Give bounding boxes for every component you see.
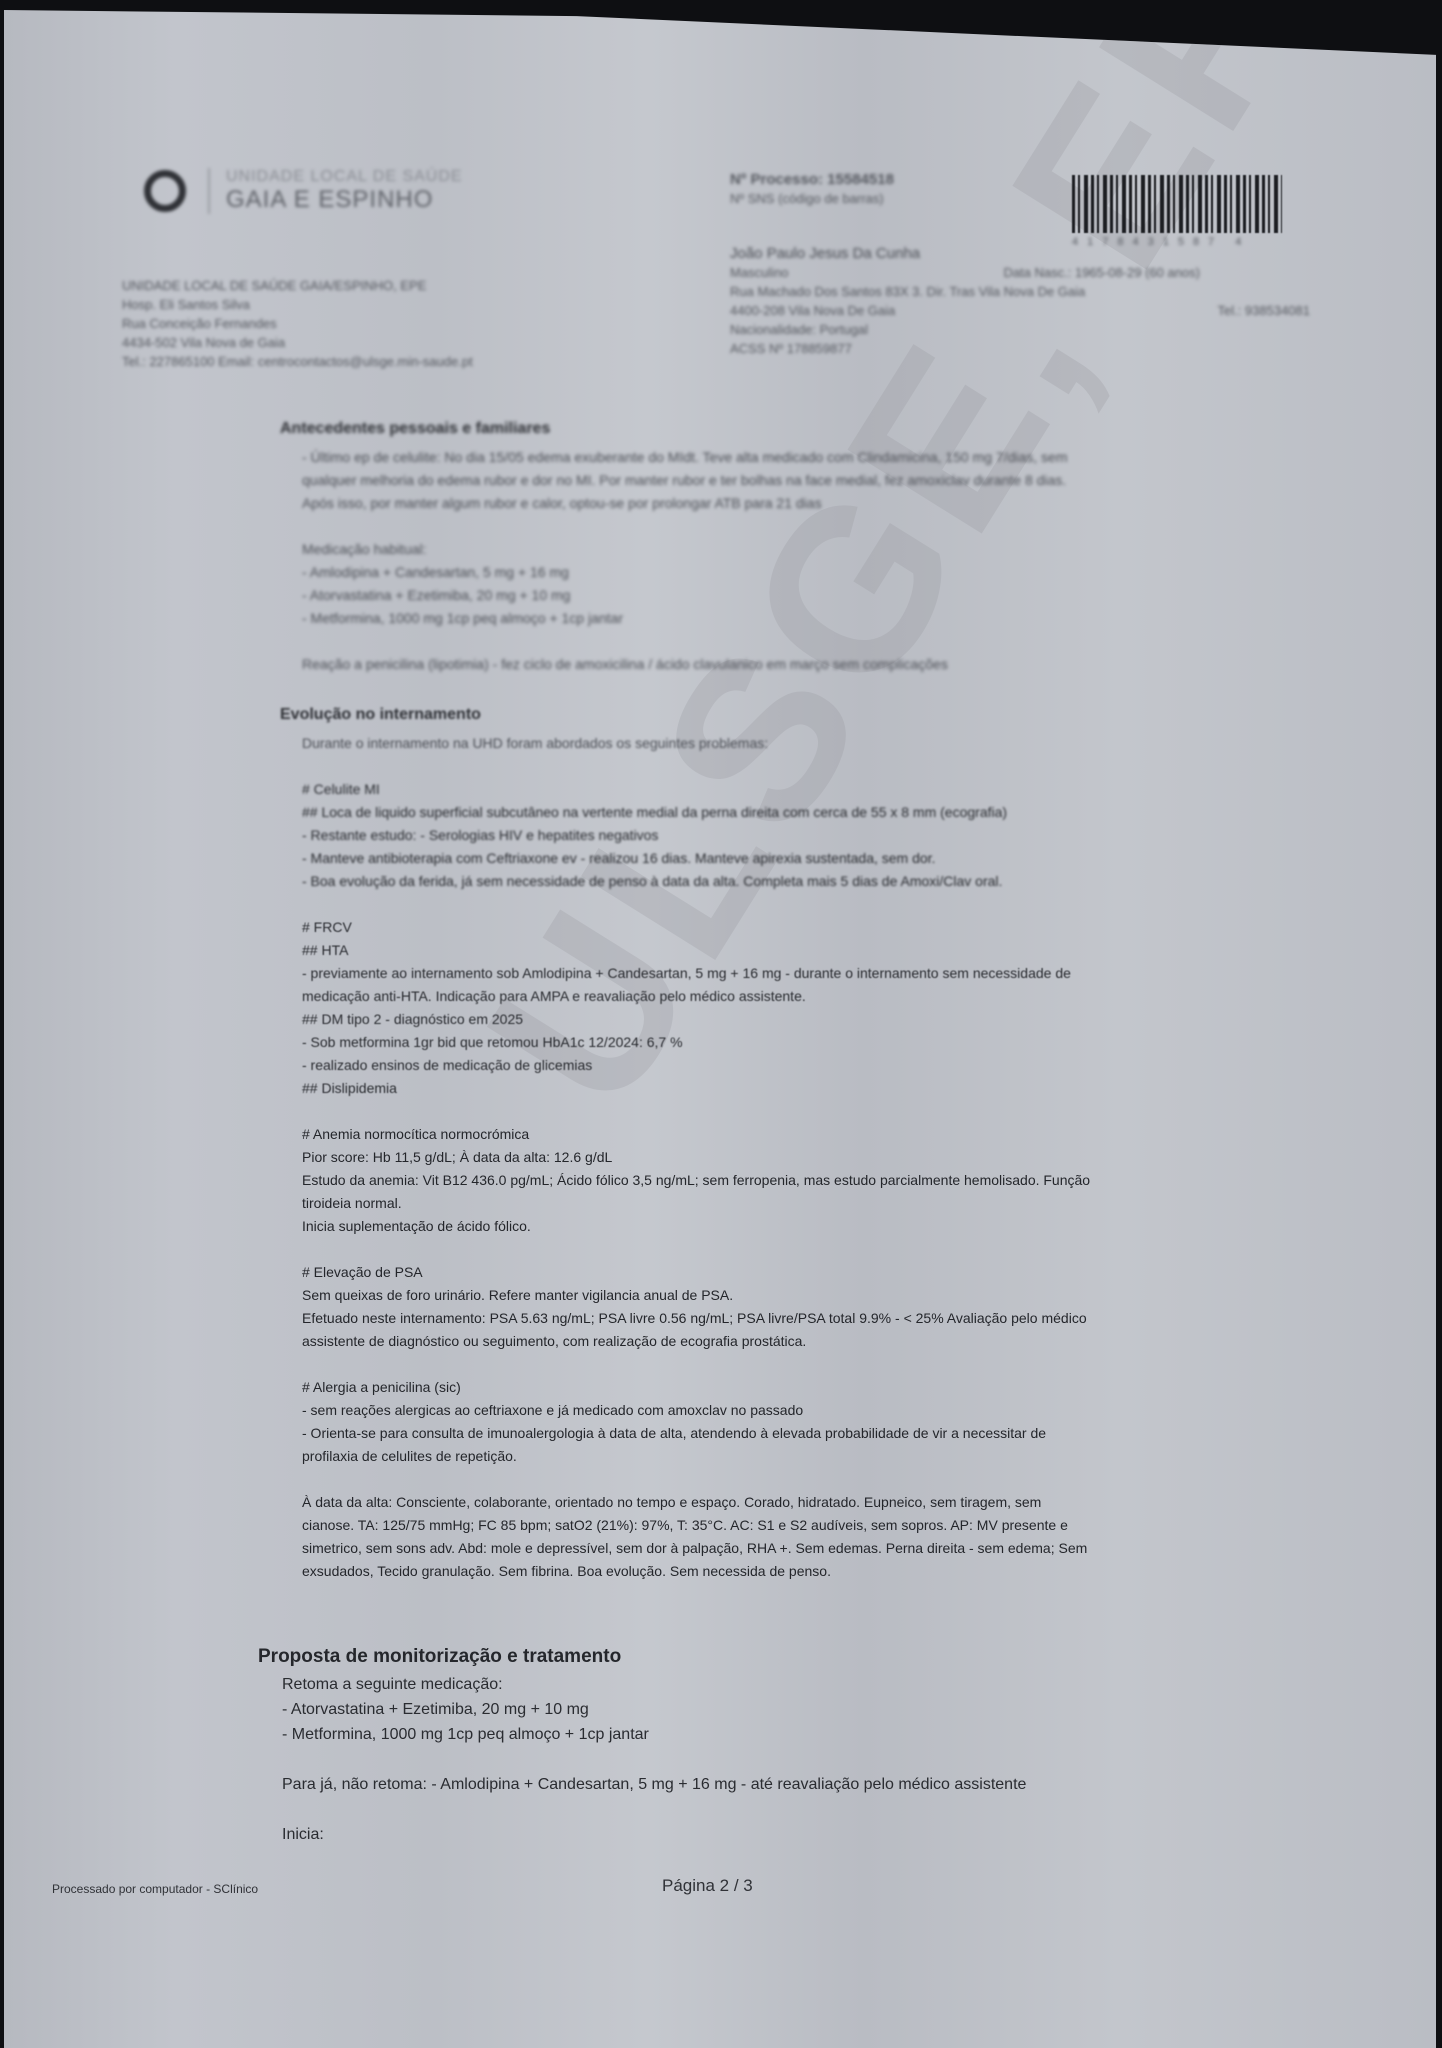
alta-line: À data da alta: Consciente, colaborante,… xyxy=(302,1491,1360,1514)
antecedentes-line: - Último ep de celulite: No dia 15/05 ed… xyxy=(302,446,1360,469)
psa-line: assistente de diagnóstico ou seguimento,… xyxy=(302,1330,1360,1353)
alergia-line: - Orienta-se para consulta de imunoalerg… xyxy=(302,1422,1360,1445)
evolucao-intro: Durante o internamento na UHD foram abor… xyxy=(302,732,1360,755)
retoma-med: - Atorvastatina + Ezetimiba, 20 mg + 10 … xyxy=(282,1697,1358,1722)
frcv-line: ## DM tipo 2 - diagnóstico em 2025 xyxy=(302,1008,1360,1031)
barcode-digits: 4178431587 4 xyxy=(1072,236,1282,248)
celulite-line: - Boa evolução da ferida, já sem necessi… xyxy=(302,870,1360,893)
alergia-line: profilaxia de celulites de repetição. xyxy=(302,1445,1360,1468)
penicillin-reaction: Reação a penicilina (lipotimia) - fez ci… xyxy=(302,653,1360,676)
celulite-line: - Restante estudo: - Serologias HIV e he… xyxy=(302,824,1360,847)
medication-item: - Amlodipina + Candesartan, 5 mg + 16 mg xyxy=(302,561,1360,584)
anemia-line: tiroideia normal. xyxy=(302,1192,1360,1215)
proposta-title: Proposta de monitorização e tratamento xyxy=(258,1646,1358,1668)
retoma-label: Retoma a seguinte medicação: xyxy=(282,1672,1358,1697)
logo-line-2: GAIA E ESPINHO xyxy=(226,186,463,214)
antecedentes-line: qualquer melhoria do edema rubor e dor n… xyxy=(302,469,1360,492)
institution-hospital: Hosp. Eli Santos Silva xyxy=(122,295,473,314)
medication-title: Medicação habitual: xyxy=(302,538,1360,561)
psa-line: Sem queixas de foro urinário. Refere man… xyxy=(302,1284,1360,1307)
institution-name: UNIDADE LOCAL DE SAÚDE GAIA/ESPINHO, EPE xyxy=(122,276,473,295)
frcv-line: ## HTA xyxy=(302,939,1360,962)
document-page: ULSGE, EPE UNIDADE LOCAL DE SAÚDE GAIA E… xyxy=(4,10,1436,2048)
nao-retoma: Para já, não retoma: - Amlodipina + Cand… xyxy=(282,1772,1358,1797)
anemia-line: # Anemia normocítica normocrómica xyxy=(302,1123,1360,1146)
frcv-line: - previamente ao internamento sob Amlodi… xyxy=(302,962,1360,985)
patient-sex: Masculino xyxy=(730,263,789,282)
alta-line: exsudados, Tecido granulação. Sem fibrin… xyxy=(302,1560,1360,1583)
frcv-line: # FRCV xyxy=(302,916,1360,939)
antecedentes-line: Após isso, por manter algum rubor e calo… xyxy=(302,492,1360,515)
institution-street: Rua Conceição Fernandes xyxy=(122,314,473,333)
anemia-line: Pior score: Hb 11,5 g/dL; À data da alta… xyxy=(302,1146,1360,1169)
celulite-line: ## Loca de liquido superficial subcutâne… xyxy=(302,801,1360,824)
medication-item: - Metformina, 1000 mg 1cp peq almoço + 1… xyxy=(302,607,1360,630)
patient-postal-code: 4400-208 Vila Nova De Gaia xyxy=(730,301,895,320)
antecedentes-title: Antecedentes pessoais e familiares xyxy=(280,420,1360,438)
frcv-line: - realizado ensinos de medicação de glic… xyxy=(302,1054,1360,1077)
alergia-line: - sem reações alergicas ao ceftriaxone e… xyxy=(302,1399,1360,1422)
evolucao-section: Evolução no internamento Durante o inter… xyxy=(280,706,1360,1583)
frcv-line: ## Dislipidemia xyxy=(302,1077,1360,1100)
psa-line: Efetuado neste internamento: PSA 5.63 ng… xyxy=(302,1307,1360,1330)
patient-address: Rua Machado Dos Santos 83X 3. Dir. Tras … xyxy=(730,282,1310,301)
institution-contact: Tel.: 227865100 Email: centrocontactos@u… xyxy=(122,352,473,371)
psa-line: # Elevação de PSA xyxy=(302,1261,1360,1284)
evolucao-title: Evolução no internamento xyxy=(280,706,1360,724)
celulite-line: # Celulite MI xyxy=(302,778,1360,801)
anemia-line: Inicia suplementação de ácido fólico. xyxy=(302,1215,1360,1238)
footer-processed-by: Processado por computador - SClínico xyxy=(52,1882,258,1896)
barcode-icon xyxy=(1072,175,1282,233)
institution-city: 4434-502 Vila Nova de Gaia xyxy=(122,333,473,352)
circle-logo-icon xyxy=(144,170,186,212)
page-number: Página 2 / 3 xyxy=(662,1876,753,1896)
patient-phone: Tel.: 938534081 xyxy=(1217,301,1310,320)
patient-birthdate: Data Nasc.: 1965-08-29 (60 anos) xyxy=(1003,263,1200,282)
patient-acss: ACSS Nº 178859877 xyxy=(730,339,1310,358)
medication-item: - Atorvastatina + Ezetimiba, 20 mg + 10 … xyxy=(302,584,1360,607)
anemia-line: Estudo da anemia: Vit B12 436.0 pg/mL; Á… xyxy=(302,1169,1360,1192)
antecedentes-section: Antecedentes pessoais e familiares - Últ… xyxy=(280,420,1360,676)
institution-address: UNIDADE LOCAL DE SAÚDE GAIA/ESPINHO, EPE… xyxy=(122,276,473,371)
logo-line-1: UNIDADE LOCAL DE SAÚDE xyxy=(226,168,463,186)
proposta-section: Proposta de monitorização e tratamento R… xyxy=(258,1646,1358,1847)
inicia-label: Inicia: xyxy=(282,1822,1358,1847)
alta-line: cianose. TA: 125/75 mmHg; FC 85 bpm; sat… xyxy=(302,1514,1360,1537)
report-body: Antecedentes pessoais e familiares - Últ… xyxy=(280,420,1360,1583)
celulite-line: - Manteve antibioterapia com Ceftriaxone… xyxy=(302,847,1360,870)
alergia-line: # Alergia a penicilina (sic) xyxy=(302,1376,1360,1399)
alta-line: simetrico, sem sons adv. Abd: mole e dep… xyxy=(302,1537,1360,1560)
hospital-logo: UNIDADE LOCAL DE SAÚDE GAIA E ESPINHO xyxy=(144,168,463,214)
retoma-med: - Metformina, 1000 mg 1cp peq almoço + 1… xyxy=(282,1722,1358,1747)
frcv-line: medicação anti-HTA. Indicação para AMPA … xyxy=(302,985,1360,1008)
frcv-line: - Sob metformina 1gr bid que retomou HbA… xyxy=(302,1031,1360,1054)
patient-nationality: Nacionalidade: Portugal xyxy=(730,320,1310,339)
